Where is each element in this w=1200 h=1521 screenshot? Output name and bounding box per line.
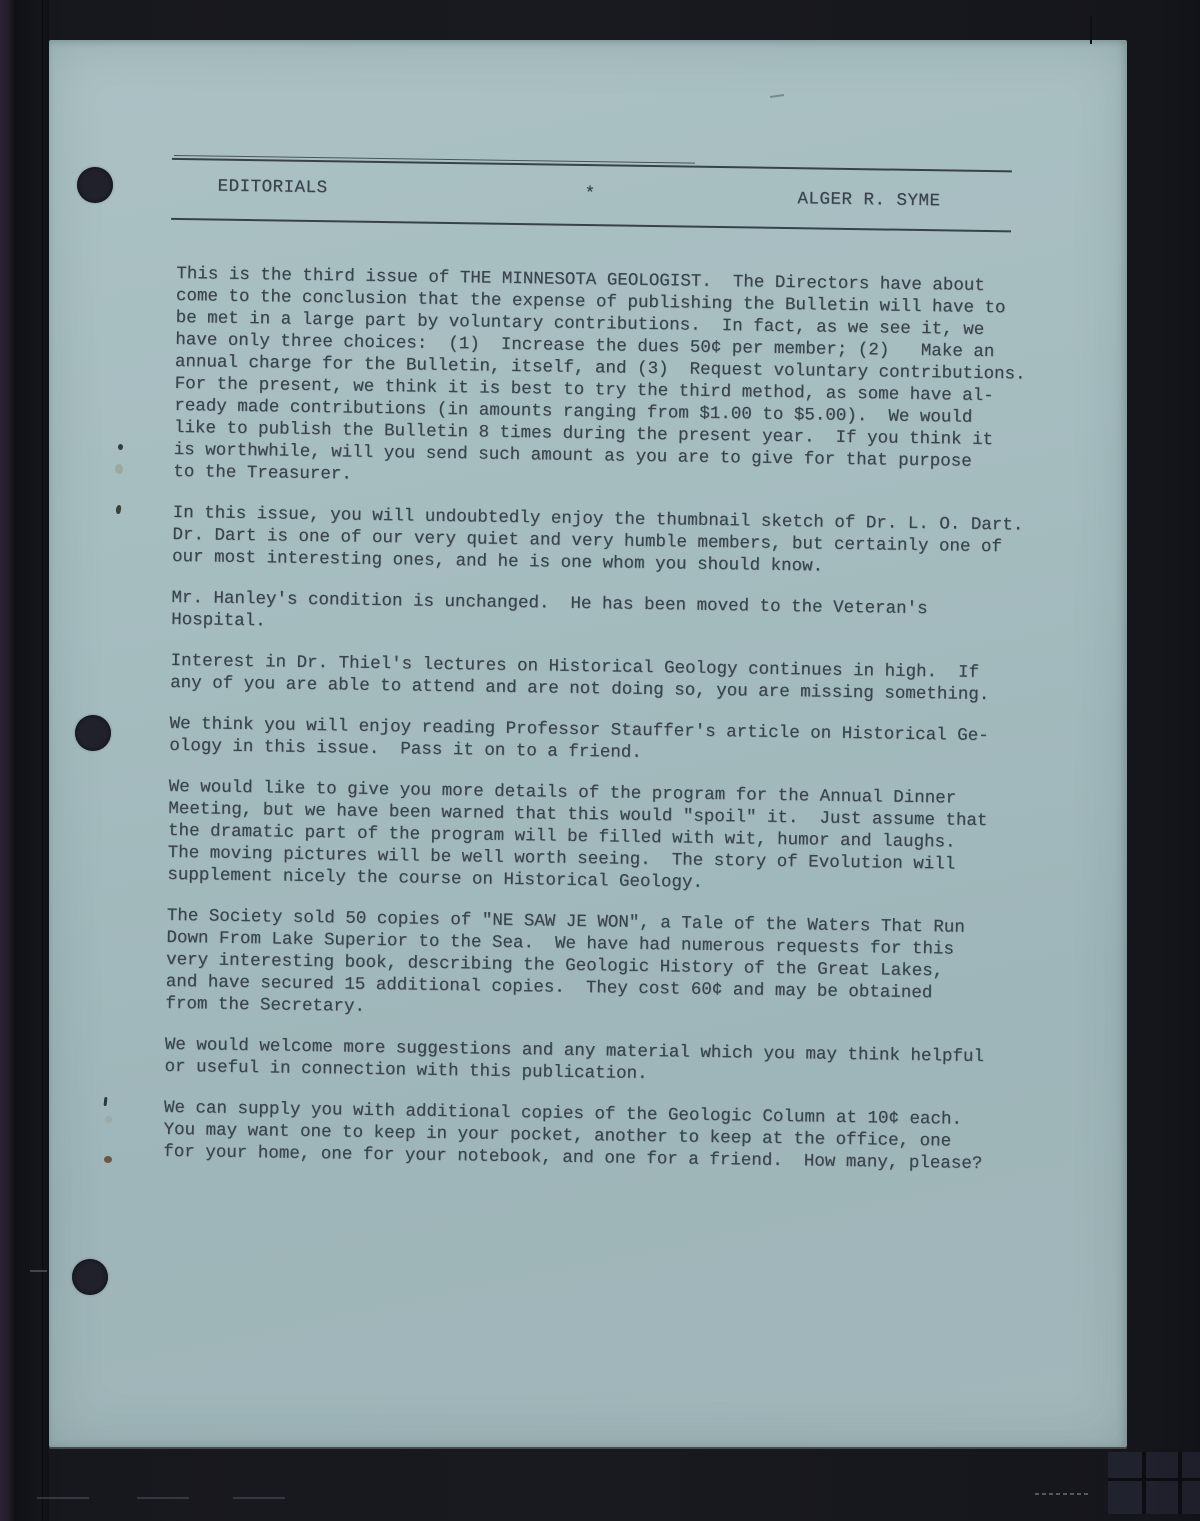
header-section-title: EDITORIALS: [217, 177, 327, 199]
paragraph-geologic-column: We can supply you with additional copies…: [163, 1097, 1064, 1176]
paragraph-suggestions: We would welcome more suggestions and an…: [164, 1034, 1065, 1091]
ink-speck: [115, 505, 122, 515]
paragraph-hanley-condition: Mr. Hanley's condition is unchanged. He …: [171, 587, 1072, 644]
ink-speck: [104, 1097, 108, 1106]
pencil-mark: [770, 94, 784, 98]
scanned-page: EDITORIALS * ALGER R. SYME This is the t…: [49, 40, 1127, 1447]
hole-punch-bottom: [72, 1259, 108, 1295]
paper-smudge: [115, 464, 123, 474]
header-author-name: ALGER R. SYME: [797, 189, 940, 211]
paragraph-dart-sketch: In this issue, you will undoubtedly enjo…: [172, 502, 1073, 581]
paragraph-stauffer-article: We think you will enjoy reading Professo…: [169, 713, 1070, 770]
scan-artifact-dash: [1035, 1493, 1091, 1495]
page-content: EDITORIALS * ALGER R. SYME This is the t…: [178, 158, 1078, 171]
header-rule-top: [172, 158, 1012, 172]
rust-speck: [104, 1156, 112, 1163]
scan-artifact-dash: [233, 1497, 285, 1499]
page-header: EDITORIALS * ALGER R. SYME: [177, 176, 1017, 214]
paragraph-bulletin-funding: This is the third issue of THE MINNESOTA…: [173, 263, 1076, 496]
paper-edge-crease: [42, 0, 43, 1521]
paragraph-ne-saw-je-won: The Society sold 50 copies of "NE SAW JE…: [165, 905, 1067, 1028]
header-rule-bottom: [171, 218, 1011, 232]
scan-background: EDITORIALS * ALGER R. SYME This is the t…: [0, 0, 1200, 1521]
scan-artifact-line: [1090, 16, 1092, 44]
paper-smudge: [105, 1116, 112, 1123]
editorial-body: This is the third issue of THE MINNESOTA…: [163, 263, 1077, 1195]
paragraph-thiel-lectures: Interest in Dr. Thiel's lectures on Hist…: [170, 650, 1071, 707]
ink-speck: [118, 444, 123, 450]
header-asterisk: *: [584, 184, 595, 204]
scan-artifact-dash: [137, 1497, 189, 1499]
hole-punch-top: [77, 167, 113, 203]
spine-shadow: [14, 0, 49, 1521]
scan-artifact-dash: [30, 1270, 47, 1272]
hole-punch-middle: [75, 715, 111, 751]
paragraph-annual-dinner: We would like to give you more details o…: [167, 776, 1069, 899]
scan-artifact-dash: [37, 1497, 89, 1499]
binder-spine: [0, 0, 14, 1521]
scan-artifact-blocks: [1108, 1452, 1200, 1514]
